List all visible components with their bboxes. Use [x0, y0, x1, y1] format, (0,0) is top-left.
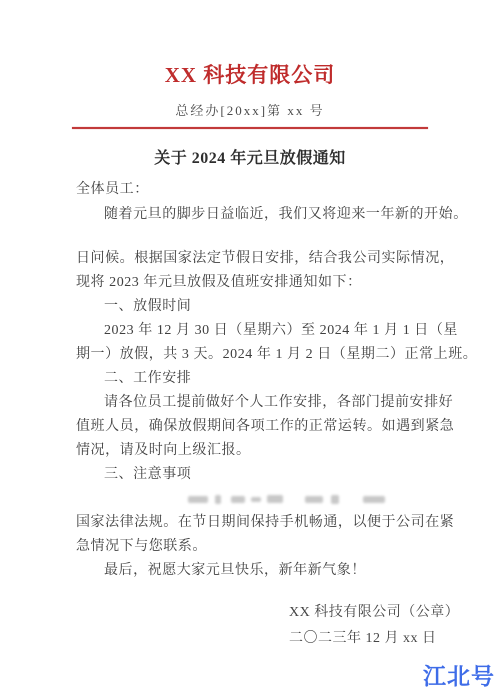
text-smudge: [331, 495, 339, 504]
notice-title: 关于 2024 年元旦放假通知: [0, 148, 500, 170]
doc-number: 总经办[20xx]第 xx 号: [0, 102, 500, 120]
text-smudge: [215, 495, 221, 504]
salutation: 全体员工：: [76, 177, 440, 203]
text-smudge: [188, 496, 208, 503]
body-line: 国家法律法规。在节日期间保持手机畅通，以便于公司在紧: [76, 511, 440, 535]
body-line: 现将 2023 年元旦放假及值班安排通知如下：: [76, 271, 440, 295]
section-heading-3: 三、注意事项: [76, 463, 440, 487]
red-divider: [72, 127, 428, 129]
notice-body: 全体员工： 随着元旦的脚步日益临近，我们又将迎来一年新的开始。 日问候。根据国家…: [0, 177, 500, 583]
signature-date: 二〇二三年 12 月 xx 日: [289, 626, 500, 652]
body-line: 值班人员，确保放假期间各项工作的正常运转。如遇到紧急: [76, 415, 440, 439]
body-line: 日问候。根据国家法定节假日安排，结合我公司实际情况，: [76, 247, 440, 271]
platform-watermark: 江北号: [423, 658, 495, 691]
text-smudge: [305, 496, 323, 503]
section-heading-2: 二、工作安排: [76, 367, 440, 391]
smudged-illegible-text-line: [76, 487, 440, 511]
section-heading-1: 一、放假时间: [76, 295, 440, 319]
company-name: XX 科技有限公司: [0, 62, 500, 88]
closing-line: 最后，祝愿大家元旦快乐，新年新气象！: [76, 559, 440, 583]
text-smudge: [267, 495, 283, 503]
text-smudge: [251, 497, 261, 502]
document-page: XX 科技有限公司 总经办[20xx]第 xx 号 关于 2024 年元旦放假通…: [0, 0, 500, 698]
company-signature: XX 科技有限公司（公章）: [289, 600, 500, 626]
body-line: 请各位员工提前做好个人工作安排，各部门提前安排好: [76, 391, 440, 415]
body-line: 急情况下与您联系。: [76, 535, 440, 559]
body-line: 情况，请及时向上级汇报。: [76, 439, 440, 463]
body-line: 随着元旦的脚步日益临近，我们又将迎来一年新的开始。: [76, 203, 440, 227]
body-line: 期一）放假，共 3 天。2024 年 1 月 2 日（星期二）正常上班。: [76, 343, 440, 367]
body-line: 2023 年 12 月 30 日（星期六）至 2024 年 1 月 1 日（星: [76, 319, 440, 343]
text-smudge: [363, 496, 385, 503]
text-smudge: [231, 496, 245, 503]
signature-block: XX 科技有限公司（公章） 二〇二三年 12 月 xx 日: [289, 600, 500, 652]
